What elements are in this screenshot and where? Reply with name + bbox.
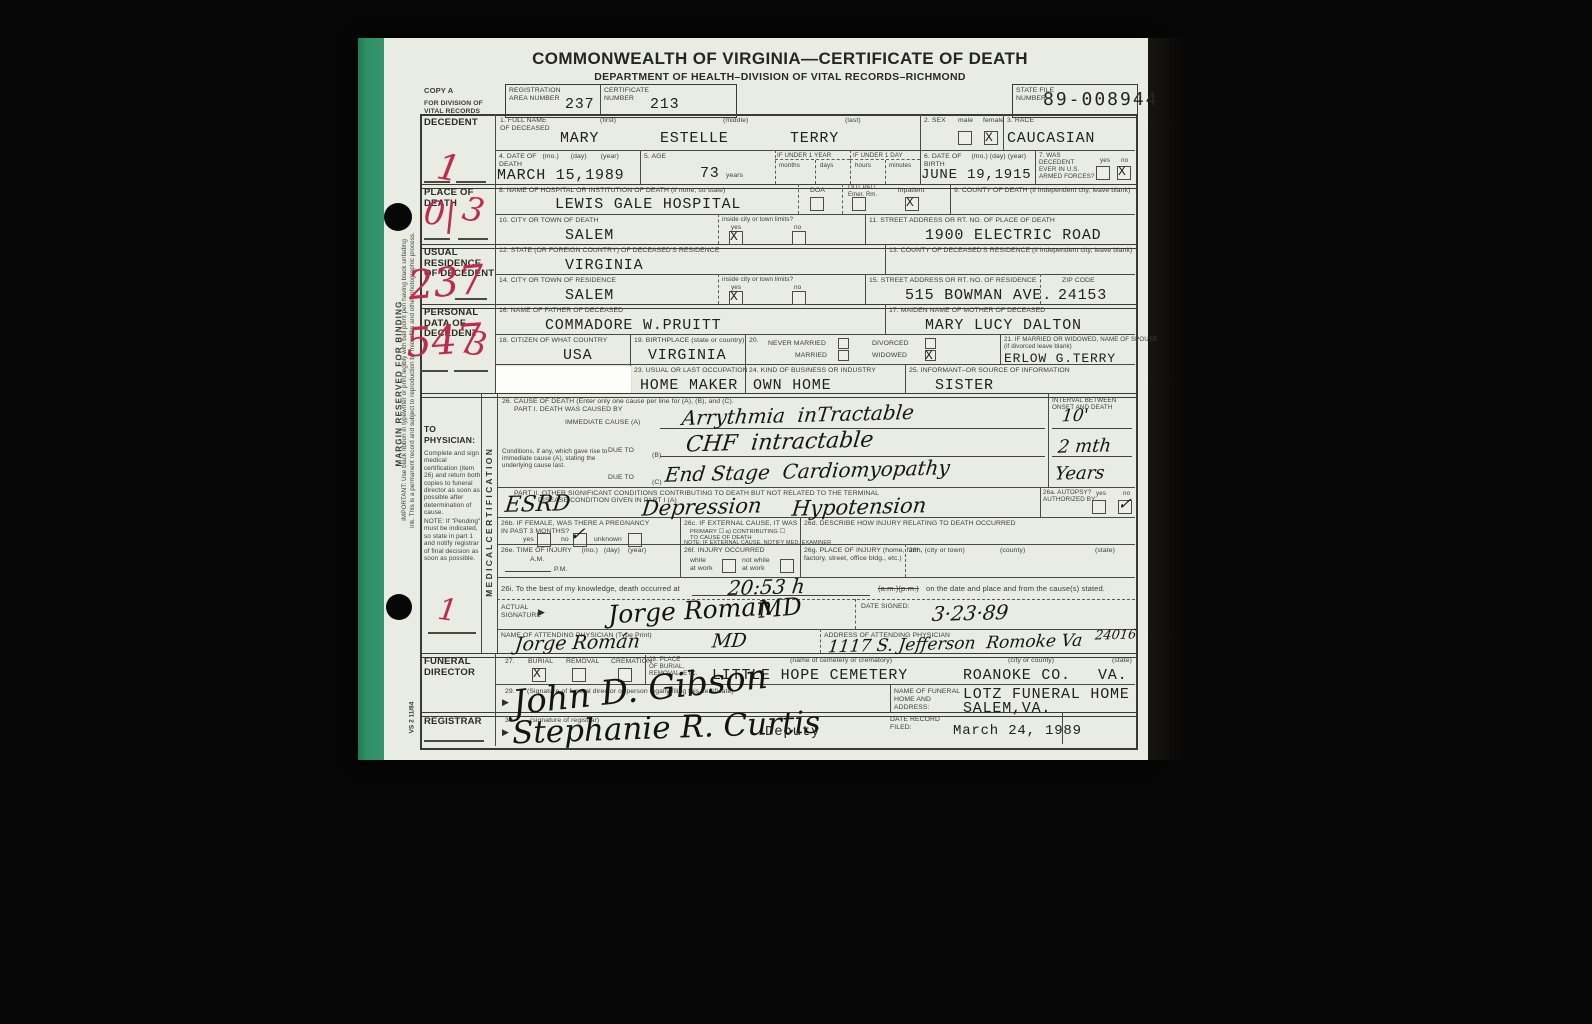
residence-state-label: 12. STATE (OR FOREIGN COUNTRY) OF DECEAS…: [499, 247, 719, 255]
autopsy-yes-label: yes: [1096, 490, 1106, 498]
race-label: 3. RACE: [1007, 117, 1034, 125]
interval-a-value: 10': [1061, 406, 1090, 427]
widowed-mark: X: [925, 348, 934, 363]
to-physician-heading: TO PHYSICIAN:: [424, 424, 475, 445]
date-filed-value: March 24, 1989: [953, 723, 1082, 739]
state-file-number: 89-008944: [1043, 89, 1159, 110]
residence-state-value: VIRGINIA: [565, 257, 643, 274]
middle-name-sublabel: (middle): [723, 117, 748, 125]
binding-green-strip: [358, 38, 384, 760]
red-code-place-1: 0|: [422, 192, 458, 234]
autopsy-label: 26a. AUTOPSY? AUTHORIZED BY:: [1043, 489, 1097, 503]
armed-forces-yes-checkbox: [1096, 166, 1110, 180]
pm-label: P.M.: [554, 566, 568, 574]
time-of-injury-label: 26e. TIME OF INJURY (mo.) (day) (year): [501, 547, 646, 555]
blank-line: [455, 298, 487, 300]
blank-line: [456, 181, 486, 183]
registrar-deputy: Deputy: [765, 724, 820, 740]
city-of-death-value: SALEM: [565, 227, 614, 244]
rule: [885, 304, 886, 334]
citizen-value: USA: [563, 347, 592, 364]
rule: [505, 571, 551, 572]
residence-limits-no-checkbox: [792, 291, 806, 305]
hospital-label: 8. NAME OF HOSPITAL OR INSTITUTION OF DE…: [499, 187, 725, 195]
burial-num: 27.: [505, 658, 515, 666]
last-name-value: TERRY: [790, 130, 839, 147]
death-street-label2: 11. STREET ADDRESS OR RT. NO. OF PLACE O…: [869, 217, 1055, 225]
spouse-hint: (if divorced leave blank): [1004, 343, 1072, 351]
part2-value-1: ESRD: [504, 491, 572, 518]
rule: [680, 517, 681, 577]
birthplace-value: VIRGINIA: [648, 347, 726, 364]
city-of-death-label: 10. CITY OR TOWN OF DEATH: [499, 217, 598, 225]
sex-male-checkbox: [958, 131, 972, 145]
residence-city-value: SALEM: [565, 287, 614, 304]
minutes-label: minutes: [889, 162, 911, 170]
not-while-at-work-label: not while at work: [742, 557, 770, 573]
widowed-label: WIDOWED: [872, 352, 907, 360]
certificate-subtitle: DEPARTMENT OF HEALTH–DIVISION OF VITAL R…: [460, 71, 1100, 83]
burial-mark: X: [533, 666, 542, 681]
first-name-value: MARY: [560, 130, 599, 147]
place-of-injury-label: 26g. PLACE OF INJURY (home, farm, factor…: [804, 547, 923, 563]
pregnancy-unknown-label: unknown: [594, 536, 622, 544]
funeral-sig-arrow-icon: ▶: [502, 697, 509, 708]
city-limits-label: inside city or town limits?: [722, 216, 793, 224]
date-of-death-value: MARCH 15,1989: [497, 167, 624, 184]
burial-state-value: VA.: [1098, 667, 1127, 684]
race-value: CAUCASIAN: [1007, 130, 1095, 147]
part2-value-2: Depression: [641, 493, 763, 520]
informant-label: 25. INFORMANT–OR SOURCE OF INFORMATION: [909, 367, 1070, 375]
rule: [495, 114, 496, 393]
autopsy-yes-checkbox: [1092, 500, 1106, 514]
date-signed-label: DATE SIGNED:: [861, 603, 910, 611]
inpatient-mark: X: [906, 195, 915, 210]
rule: [745, 334, 746, 394]
occupation-label: 23. USUAL OR LAST OCCUPATION: [634, 367, 748, 375]
section-label-decedent: DECEDENT: [424, 118, 478, 129]
county-of-death-label: 9. COUNTY OF DEATH: [954, 187, 1028, 195]
scanned-death-certificate: MARGIN RESERVED FOR BINDING IMPORTANT: U…: [0, 0, 1592, 1024]
blank-line: [420, 370, 448, 372]
zip-label: ZIP CODE: [1062, 277, 1095, 285]
occupation-value: HOME MAKER: [640, 377, 738, 394]
informant-value: SISTER: [935, 377, 994, 394]
rule: [1000, 334, 1001, 364]
form-code: VS 2 11/84: [409, 683, 416, 753]
residence-street-value: 515 BOWMAN AVE.: [905, 287, 1052, 304]
section-label-funeral-director: FUNERAL DIRECTOR: [424, 657, 475, 678]
last-name-sublabel: (last): [845, 117, 861, 125]
blank-line: [428, 632, 476, 634]
city-limits-yes-mark: X: [730, 229, 739, 244]
certificate-title: COMMONWEALTH OF VIRGINIA—CERTIFICATE OF …: [460, 49, 1100, 69]
pregnancy-no-label: no: [561, 536, 569, 544]
date-of-birth-value: JUNE 19,1915: [921, 167, 1031, 183]
to-physician-body: Complete and sign medical certification …: [424, 450, 482, 517]
married-label: MARRIED: [795, 352, 827, 360]
rule: [1035, 150, 1036, 184]
rule: [640, 150, 641, 184]
to-physician-note: NOTE: If "Pending" must be indicated, so…: [424, 518, 482, 562]
interval-c-value: Years: [1054, 462, 1106, 484]
rule: [1052, 428, 1132, 429]
business-label: 24. KIND OF BUSINESS OR INDUSTRY: [749, 367, 876, 375]
immediate-cause-label: IMMEDIATE CAUSE (A): [565, 419, 640, 427]
sex-male-label: male: [958, 117, 973, 125]
registrar-sig-arrow-icon: ▶: [502, 727, 509, 738]
redaction-whiteout: [496, 366, 631, 393]
funeral-home-label: NAME OF FUNERAL HOME AND ADDRESS:: [894, 688, 960, 711]
date-of-death-label: 4. DATE OF (mo.) (day) (year): [499, 153, 619, 161]
rule: [497, 629, 1135, 630]
attending-physician-value: Jorge Román: [514, 630, 641, 655]
removal-label: REMOVAL: [566, 658, 599, 666]
hours-label: hours: [855, 162, 871, 170]
certificate-number-value: 213: [650, 96, 679, 113]
father-label: 16. NAME OF FATHER OF DECEASED: [499, 307, 623, 315]
sex-female-mark: X: [985, 130, 994, 145]
city-limits-no-checkbox: [792, 231, 806, 245]
blank-line: [458, 238, 488, 240]
rule: [950, 184, 951, 214]
sex-label: 2. SEX: [924, 117, 946, 125]
rule: [496, 214, 1135, 215]
burial-county-hint: (city or county): [1008, 657, 1054, 665]
conditions-note: Conditions, if any, which gave rise to i…: [502, 448, 620, 470]
due-to-c-label: DUE TO: [608, 474, 634, 482]
hole-punch-bottom: [386, 594, 412, 620]
residence-county-hint: (if independent city, leave blank): [1032, 247, 1132, 255]
rule: [920, 114, 921, 150]
rule: [865, 214, 866, 244]
blank-line: [424, 740, 484, 742]
married-checkbox: [838, 350, 849, 361]
residence-county-label: 13. COUNTY OF DECEASED'S RESIDENCE: [889, 247, 1030, 255]
cremation-label: CREMATION: [611, 658, 652, 666]
birthplace-label: 19. BIRTHPLACE (state or country): [634, 337, 744, 345]
date-signed-value: 3·23·89: [931, 600, 1010, 626]
rule: [885, 160, 886, 184]
armed-forces-label: 7. WAS DECEDENT EVER IN U.S. ARMED FORCE…: [1039, 152, 1097, 180]
rule: [718, 214, 719, 244]
death-street-value: 1900 ELECTRIC ROAD: [925, 227, 1101, 244]
cemetery-hint: (name of cemetery or crematory): [790, 657, 892, 665]
rule: [885, 244, 886, 274]
rule: [850, 159, 920, 160]
rule: [600, 84, 601, 116]
while-at-work-label: while at work: [690, 557, 713, 573]
middle-name-value: ESTELLE: [660, 130, 729, 147]
signature-arrow-icon: ▶: [538, 607, 545, 618]
marital-num: 20.: [749, 337, 759, 345]
blank-line: [454, 370, 488, 372]
pregnancy-unknown-checkbox: [628, 533, 642, 547]
rule: [496, 150, 1135, 151]
rule: [820, 629, 821, 653]
attending-physician-md: MD: [711, 630, 748, 653]
divorced-label: DIVORCED: [872, 340, 909, 348]
date-filed-label: DATE RECORD FILED:: [890, 716, 940, 732]
rule: [775, 150, 776, 184]
actual-signature-label: ACTUAL SIGNATURE: [501, 604, 541, 620]
never-married-label: NEVER MARRIED: [768, 340, 826, 348]
rule: [815, 160, 816, 184]
injury-occurred-label: 26f. INJURY OCCURRED: [684, 547, 765, 555]
rule: [1040, 487, 1041, 517]
rule: [718, 274, 719, 304]
section-label-medical-certification: M E D I C A L C E R T I F I C A T I O N: [484, 403, 494, 643]
while-at-work-checkbox: [722, 559, 736, 573]
rule: [890, 685, 891, 712]
copy-a-label: COPY A: [424, 87, 453, 96]
pregnancy-yes-label: yes: [523, 536, 534, 544]
ampm-label: (a.m.)(p.m.): [878, 585, 919, 594]
doa-label: DOA: [810, 187, 825, 195]
never-married-checkbox: [838, 338, 849, 349]
funeral-home-city: SALEM,VA.: [963, 700, 1051, 717]
external-cause-label: 26c. IF EXTERNAL CAUSE, IT WAS: [684, 520, 797, 528]
sex-female-label: female: [983, 117, 1004, 125]
rule: [855, 599, 856, 629]
cause-b-value: CHF intractable: [685, 428, 875, 458]
rule: [496, 334, 1135, 335]
days-label: days: [820, 162, 833, 170]
physician-signature-md: MD: [757, 592, 803, 624]
death-occurred-post: on the date and place and from the cause…: [926, 585, 1105, 594]
armed-forces-no-mark: X: [1118, 164, 1127, 179]
citizen-label: 18. CITIZEN OF WHAT COUNTRY: [499, 337, 607, 345]
autopsy-no-check: ✓: [1117, 494, 1133, 513]
mother-value: MARY LUCY DALTON: [925, 317, 1082, 334]
am-label: A.M.: [530, 556, 544, 564]
armed-forces-yes-label: yes: [1100, 157, 1110, 165]
burial-state-hint: (state): [1112, 657, 1132, 665]
age-label: 5. AGE: [644, 153, 666, 161]
not-while-at-work-checkbox: [780, 559, 794, 573]
rule: [497, 393, 498, 653]
death-occurred-pre: 26i. To the best of my knowledge, death …: [501, 585, 680, 594]
burial-county-value: ROANOKE CO.: [963, 667, 1071, 684]
age-unit-label: years: [726, 172, 743, 180]
mother-label: 17. MAIDEN NAME OF MOTHER OF DECEASED: [889, 307, 1045, 315]
part1-label: PART I. DEATH WAS CAUSED BY: [514, 406, 622, 414]
rule: [495, 653, 496, 746]
business-value: OWN HOME: [753, 377, 831, 394]
first-name-sublabel: (first): [600, 117, 616, 125]
date-of-birth-label: 6. DATE OF (mo.) (day) (year): [924, 153, 1026, 161]
age-value: 73: [700, 165, 720, 182]
outpatient-checkbox: [852, 197, 866, 211]
residence-limits-label: inside city or town limits?: [722, 276, 793, 284]
father-value: COMMADORE W.PRUITT: [545, 317, 721, 334]
inpatient-label: inpatient: [898, 187, 925, 195]
rule: [497, 577, 1135, 578]
interval-b-value: 2 mth: [1057, 435, 1112, 457]
registration-area-value: 237: [565, 96, 594, 113]
rule: [865, 274, 866, 304]
doa-checkbox: [810, 197, 824, 211]
zip-value: 24153: [1058, 287, 1107, 304]
injury-city-label: 26h. (city or town): [909, 547, 965, 555]
margin-important-line1: IMPORTANT: Use black ribbon in typewrite…: [401, 163, 409, 597]
residence-street-label: 15. STREET ADDRESS OR RT. NO. OF RESIDEN…: [869, 277, 1037, 285]
rule: [1052, 456, 1132, 457]
rule: [850, 150, 851, 184]
months-label: months: [779, 162, 800, 170]
margin-important-text: IMPORTANT: Use black ribbon in typewrite…: [401, 163, 417, 597]
part2-value-3: Hypotension: [791, 493, 928, 521]
county-of-death-hint: (if independent city, leave blank): [1030, 187, 1130, 195]
injury-state-label: (state): [1095, 547, 1115, 555]
residence-limits-yes-mark: X: [730, 289, 739, 304]
pregnancy-no-check: ✓: [569, 524, 586, 545]
registration-area-label: REGISTRATION AREA NUMBER: [509, 87, 561, 103]
red-code-residence: 237: [406, 257, 486, 309]
certificate-number-label: CERTIFICATE NUMBER: [604, 87, 649, 103]
section-label-registrar: REGISTRAR: [424, 717, 482, 728]
rule: [497, 599, 1135, 600]
injury-description-label: 26d. DESCRIBE HOW INJURY RELATING TO DEA…: [804, 520, 1016, 528]
margin-important-line2: ink. This is a permanent record and subj…: [409, 163, 417, 597]
scan-shadow: [1148, 38, 1188, 760]
rule: [1048, 393, 1049, 487]
hospital-value: LEWIS GALE HOSPITAL: [555, 196, 741, 213]
spouse-value: ERLOW G.TERRY: [1004, 351, 1116, 366]
full-name-label: 1. FULL NAME OF DECEASED: [500, 117, 550, 133]
rule: [842, 184, 843, 214]
blank-line: [424, 181, 450, 183]
residence-city-label: 14. CITY OR TOWN OF RESIDENCE: [499, 277, 616, 285]
due-to-c-tag: (C): [652, 479, 662, 487]
pregnancy-yes-checkbox: [537, 533, 551, 547]
rule: [775, 159, 850, 160]
rule: [798, 184, 799, 214]
injury-county-label: (county): [1000, 547, 1025, 555]
physician-address-zip: 24016: [1094, 627, 1137, 643]
blank-line: [424, 238, 450, 240]
rule: [905, 364, 906, 394]
burial-label: BURIAL: [528, 658, 553, 666]
